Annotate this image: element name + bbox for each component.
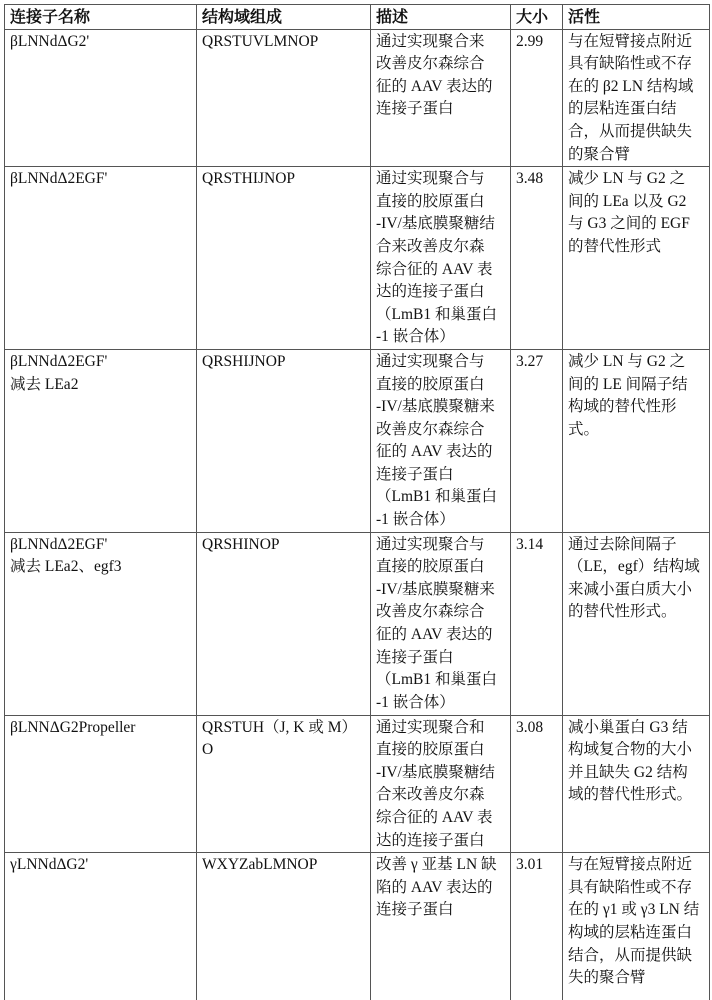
activity-line: 构域的替代性形: [568, 396, 704, 419]
description-line: 连接子蛋白: [376, 899, 505, 922]
activity-line: 在的 β2 LN 结构域: [568, 76, 704, 99]
activity-cell: 与在短臂接点附近 具有缺陷性或不存 在的 γ1 或 γ3 LN 结 构域的层粘连…: [563, 853, 710, 1000]
linker-name-cell: βLNNdΔ2EGF' 减去 LEa2: [5, 349, 197, 532]
composition-cell: QRSTUH（J, K 或 M） O: [197, 715, 371, 853]
description-line: 征的 AAV 表达的: [376, 441, 505, 464]
description-line: 达的连接子蛋白: [376, 830, 505, 853]
activity-line: 具有缺陷性或不存: [568, 877, 704, 900]
description-line: 改善皮尔森综合: [376, 419, 505, 442]
activity-line: 与在短臂接点附近: [568, 31, 704, 54]
description-cell: 通过实现聚合与 直接的胶原蛋白 -IV/基底膜聚糖来 改善皮尔森综合 征的 AA…: [371, 532, 511, 715]
composition-cell: QRSHINOP: [197, 532, 371, 715]
description-line: 直接的胶原蛋白: [376, 191, 505, 214]
description-line: 连接子蛋白: [376, 98, 505, 121]
composition: QRSHIJNOP: [202, 351, 365, 374]
table-row: βLNNdΔ2EGF' 减去 LEa2 QRSHIJNOP 通过实现聚合与 直接…: [5, 349, 710, 532]
activity-line: 具有缺陷性或不存: [568, 53, 704, 76]
description-line: 综合征的 AAV 表: [376, 259, 505, 282]
linker-name: βLNNdΔG2': [10, 31, 191, 54]
composition-cell: WXYZabLMNOP: [197, 853, 371, 1000]
description-line: 改善 γ 亚基 LN 缺: [376, 854, 505, 877]
description-line: 通过实现聚合来: [376, 31, 505, 54]
activity-line: 通过去除间隔子: [568, 534, 704, 557]
table-row: βLNNdΔ2EGF' 减去 LEa2、egf3 QRSHINOP 通过实现聚合…: [5, 532, 710, 715]
activity-line: 的聚合臂: [568, 144, 704, 167]
activity-line: 域的替代性形式。: [568, 784, 704, 807]
activity-cell: 通过去除间隔子 （LE，egf）结构域 来减小蛋白质大小 的替代性形式。: [563, 532, 710, 715]
description-line: 征的 AAV 表达的: [376, 76, 505, 99]
header-description: 描述: [371, 5, 511, 30]
description-line: 直接的胶原蛋白: [376, 556, 505, 579]
composition: O: [202, 739, 365, 762]
linker-name: βLNNΔG2Propeller: [10, 717, 191, 740]
activity-line: 构域的层粘连蛋白: [568, 922, 704, 945]
description-line: -IV/基底膜聚糖来: [376, 396, 505, 419]
activity-line: （LE，egf）结构域: [568, 556, 704, 579]
linker-name-cell: βLNNdΔ2EGF' 减去 LEa2、egf3: [5, 532, 197, 715]
activity-line: 失的聚合臂: [568, 967, 704, 990]
header-size: 大小: [511, 5, 563, 30]
description-line: 合来改善皮尔森: [376, 236, 505, 259]
description-line: -IV/基底膜聚糖结: [376, 213, 505, 236]
activity-line: 的替代性形式。: [568, 601, 704, 624]
size-cell: 3.14: [511, 532, 563, 715]
header-activity: 活性: [563, 5, 710, 30]
description-line: -1 嵌合体）: [376, 326, 505, 349]
activity-line: 减小巢蛋白 G3 结: [568, 717, 704, 740]
composition-cell: QRSHIJNOP: [197, 349, 371, 532]
description-line: -IV/基底膜聚糖结: [376, 762, 505, 785]
description-line: -1 嵌合体）: [376, 692, 505, 715]
description-line: （LmB1 和巢蛋白: [376, 669, 505, 692]
composition: QRSHINOP: [202, 534, 365, 557]
header-linker-name: 连接子名称: [5, 5, 197, 30]
description-line: -IV/基底膜聚糖来: [376, 579, 505, 602]
description-cell: 改善 γ 亚基 LN 缺 陷的 AAV 表达的 连接子蛋白: [371, 853, 511, 1000]
activity-line: 合，从而提供缺失: [568, 121, 704, 144]
linker-name: βLNNdΔ2EGF': [10, 534, 191, 557]
activity-line: 构域复合物的大小: [568, 739, 704, 762]
activity-line: 结合，从而提供缺: [568, 945, 704, 968]
activity-line: 减少 LN 与 G2 之: [568, 168, 704, 191]
header-row: 连接子名称 结构域组成 描述 大小 活性: [5, 5, 710, 30]
size-cell: 2.99: [511, 29, 563, 167]
composition-cell: QRSTUVLMNOP: [197, 29, 371, 167]
activity-line: 的层粘连蛋白结: [568, 98, 704, 121]
activity-cell: 与在短臂接点附近 具有缺陷性或不存 在的 β2 LN 结构域 的层粘连蛋白结 合…: [563, 29, 710, 167]
description-line: 直接的胶原蛋白: [376, 739, 505, 762]
linker-name-suffix: 减去 LEa2、egf3: [10, 556, 191, 579]
description-line: 通过实现聚合与: [376, 351, 505, 374]
table-row: βLNNdΔ2EGF' QRSTHIJNOP 通过实现聚合与 直接的胶原蛋白 -…: [5, 167, 710, 350]
description-line: 通过实现聚合和: [376, 717, 505, 740]
table-row: βLNNΔG2Propeller QRSTUH（J, K 或 M） O 通过实现…: [5, 715, 710, 853]
activity-line: 式。: [568, 419, 704, 442]
description-line: 合来改善皮尔森: [376, 784, 505, 807]
activity-line: 减少 LN 与 G2 之: [568, 351, 704, 374]
linker-name: γLNNdΔG2': [10, 854, 191, 877]
description-line: （LmB1 和巢蛋白: [376, 304, 505, 327]
composition: QRSTUVLMNOP: [202, 31, 365, 54]
description-line: （LmB1 和巢蛋白: [376, 486, 505, 509]
linker-name-suffix: 减去 LEa2: [10, 374, 191, 397]
linker-table: 连接子名称 结构域组成 描述 大小 活性 βLNNdΔG2' QRSTUVLMN…: [4, 4, 710, 1000]
description-line: 通过实现聚合与: [376, 534, 505, 557]
description-line: 征的 AAV 表达的: [376, 624, 505, 647]
description-line: -1 嵌合体）: [376, 509, 505, 532]
linker-name: βLNNdΔ2EGF': [10, 168, 191, 191]
size-cell: 3.08: [511, 715, 563, 853]
description-line: 直接的胶原蛋白: [376, 374, 505, 397]
header-domain-composition: 结构域组成: [197, 5, 371, 30]
size-cell: 3.27: [511, 349, 563, 532]
description-line: 改善皮尔森综合: [376, 601, 505, 624]
activity-cell: 减少 LN 与 G2 之 间的 LEa 以及 G2 与 G3 之间的 EGF 的…: [563, 167, 710, 350]
description-cell: 通过实现聚合和 直接的胶原蛋白 -IV/基底膜聚糖结 合来改善皮尔森 综合征的 …: [371, 715, 511, 853]
size-cell: 3.48: [511, 167, 563, 350]
linker-name-cell: βLNNdΔG2': [5, 29, 197, 167]
composition: QRSTHIJNOP: [202, 168, 365, 191]
linker-name-cell: γLNNdΔG2': [5, 853, 197, 1000]
activity-line: 来减小蛋白质大小: [568, 579, 704, 602]
linker-name: βLNNdΔ2EGF': [10, 351, 191, 374]
description-cell: 通过实现聚合与 直接的胶原蛋白 -IV/基底膜聚糖结 合来改善皮尔森 综合征的 …: [371, 167, 511, 350]
activity-line: 与在短臂接点附近: [568, 854, 704, 877]
description-cell: 通过实现聚合来 改善皮尔森综合 征的 AAV 表达的 连接子蛋白: [371, 29, 511, 167]
description-line: 达的连接子蛋白: [376, 281, 505, 304]
linker-name-cell: βLNNdΔ2EGF': [5, 167, 197, 350]
activity-line: 的替代性形式: [568, 236, 704, 259]
activity-line: 间的 LEa 以及 G2: [568, 191, 704, 214]
activity-line: 并且缺失 G2 结构: [568, 762, 704, 785]
activity-line: 与 G3 之间的 EGF: [568, 213, 704, 236]
composition: QRSTUH（J, K 或 M）: [202, 717, 365, 740]
size-cell: 3.01: [511, 853, 563, 1000]
activity-cell: 减小巢蛋白 G3 结 构域复合物的大小 并且缺失 G2 结构 域的替代性形式。: [563, 715, 710, 853]
description-line: 改善皮尔森综合: [376, 53, 505, 76]
description-line: 连接子蛋白: [376, 464, 505, 487]
activity-line: 在的 γ1 或 γ3 LN 结: [568, 899, 704, 922]
activity-cell: 减少 LN 与 G2 之 间的 LE 间隔子结 构域的替代性形 式。: [563, 349, 710, 532]
table-row: βLNNdΔG2' QRSTUVLMNOP 通过实现聚合来 改善皮尔森综合 征的…: [5, 29, 710, 167]
description-line: 综合征的 AAV 表: [376, 807, 505, 830]
description-line: 通过实现聚合与: [376, 168, 505, 191]
description-cell: 通过实现聚合与 直接的胶原蛋白 -IV/基底膜聚糖来 改善皮尔森综合 征的 AA…: [371, 349, 511, 532]
composition: WXYZabLMNOP: [202, 854, 365, 877]
table-row: γLNNdΔG2' WXYZabLMNOP 改善 γ 亚基 LN 缺 陷的 AA…: [5, 853, 710, 1000]
activity-line: 间的 LE 间隔子结: [568, 374, 704, 397]
description-line: 陷的 AAV 表达的: [376, 877, 505, 900]
linker-name-cell: βLNNΔG2Propeller: [5, 715, 197, 853]
description-line: 连接子蛋白: [376, 647, 505, 670]
composition-cell: QRSTHIJNOP: [197, 167, 371, 350]
